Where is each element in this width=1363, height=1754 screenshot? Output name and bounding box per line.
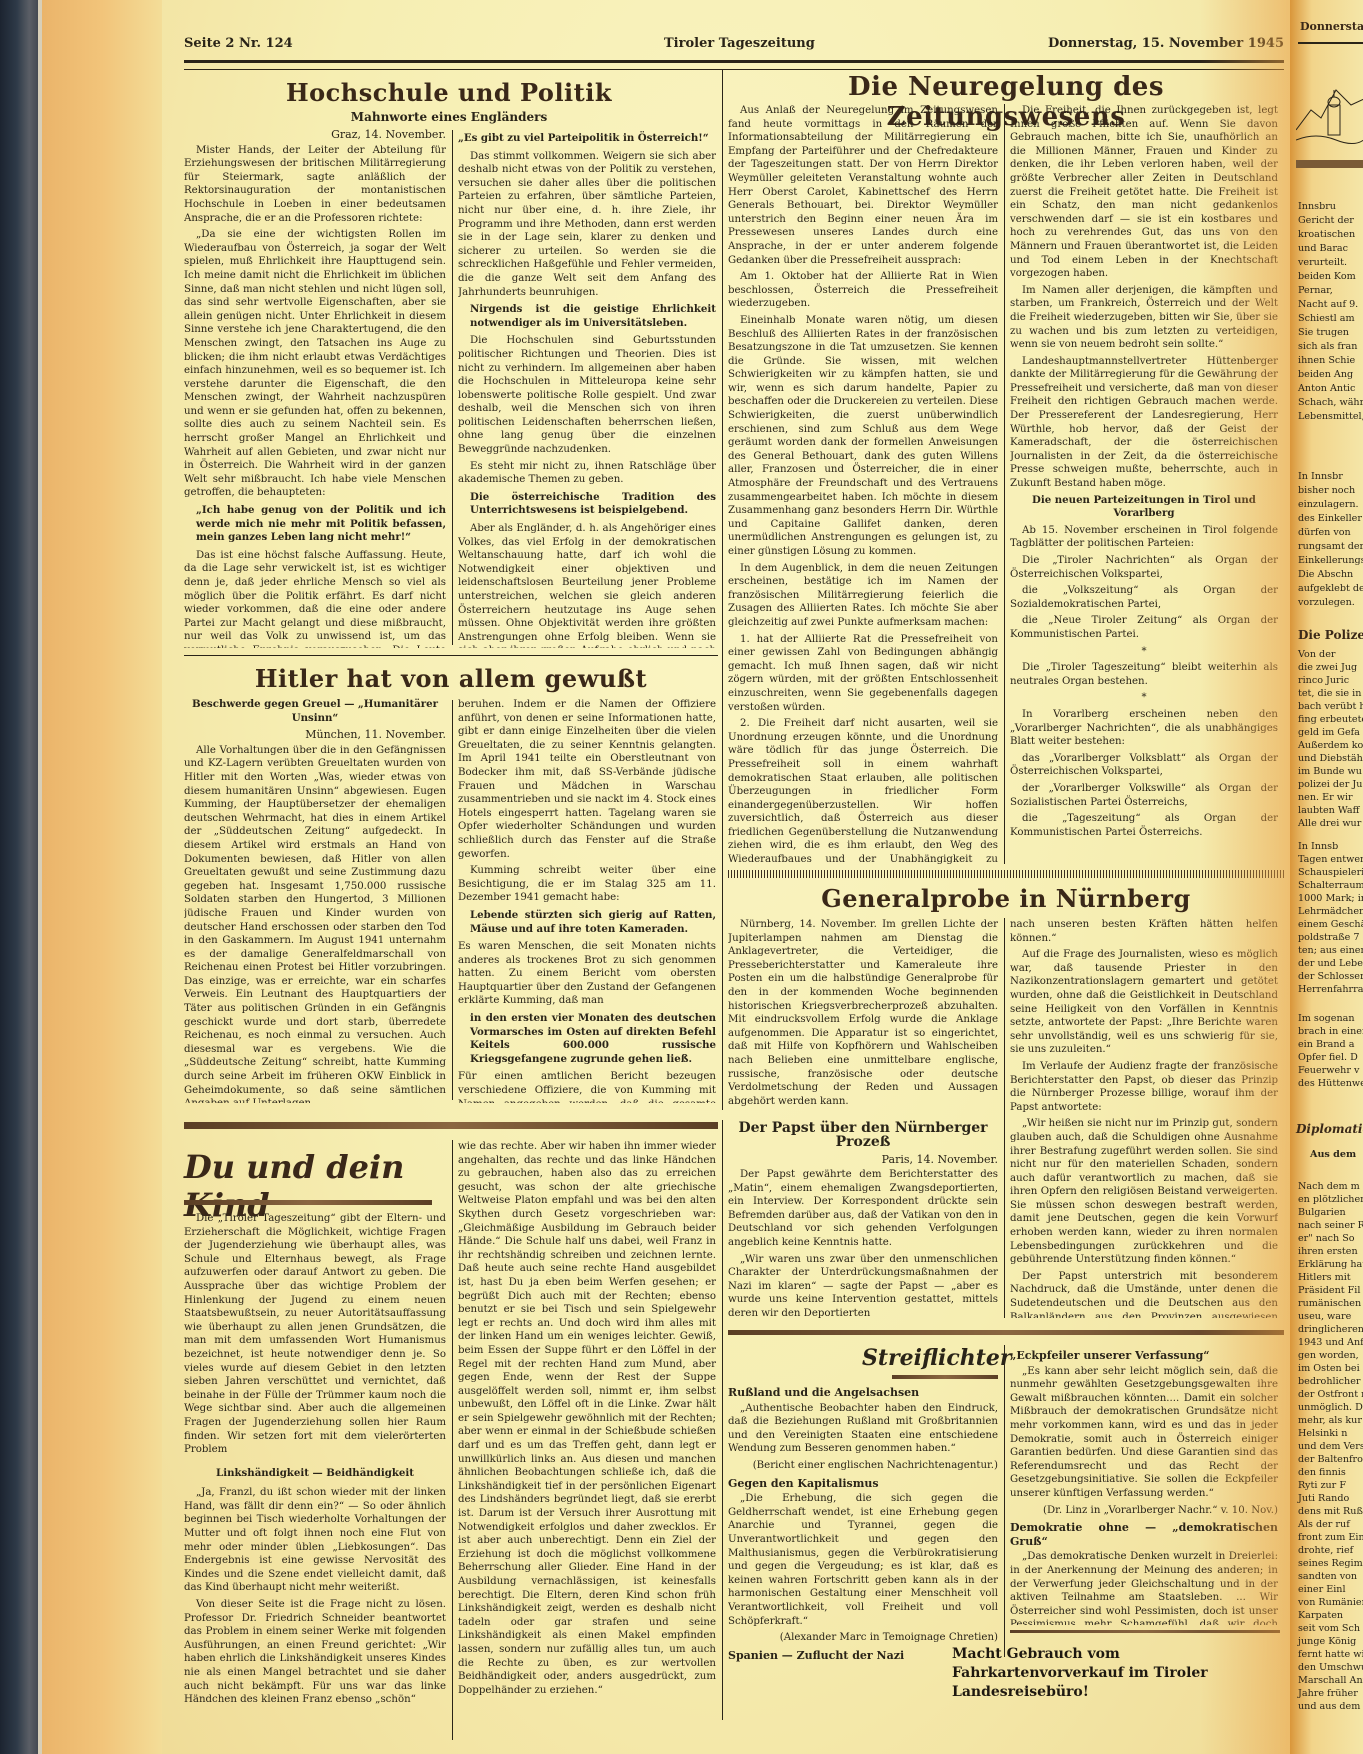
next-page-line: Herrenfahrrad. <box>1298 983 1363 996</box>
next-page-line: dringlicheren <box>1298 1323 1363 1336</box>
next-page-line: useu, ware <box>1298 1310 1351 1323</box>
paragraph: der „Vorarlberger Volkswille“ als Organ … <box>1010 782 1278 809</box>
next-page-line: einer Einl <box>1298 1583 1346 1596</box>
next-page-line: er" nach So <box>1298 1232 1355 1245</box>
paragraph: Der Papst gewährte dem Berichterstatter … <box>728 1168 998 1250</box>
section-rule <box>184 655 718 656</box>
column-rule <box>452 700 453 1100</box>
masthead-rule <box>184 60 1284 70</box>
paragraph: Das stimmt vollkommen. Weigern sie sich … <box>458 150 716 300</box>
next-page-line: Feuerwehr v <box>1298 1064 1359 1077</box>
next-page-line: Tagen entwen <box>1298 853 1363 866</box>
streiflichter-col-1: Rußland und die Angelsachsen „Authentisc… <box>728 1382 998 1662</box>
paragraph: Die „Tiroler Nachrichten“ als Organ der … <box>1010 554 1278 581</box>
next-page-line: fing erbeutete <box>1298 713 1363 726</box>
next-page-line: In Innsbr <box>1298 470 1343 483</box>
decorative-rule <box>728 1330 1284 1335</box>
paragraph: In Vorarlberg erscheinen neben den „Vora… <box>1010 708 1278 749</box>
paragraph: Die „Tiroler Tageszeitung“ gibt der Elte… <box>184 1212 446 1457</box>
next-page-line: fernt hatte wi <box>1298 1648 1363 1661</box>
paragraph: das „Vorarlberger Volksblatt“ als Organ … <box>1010 752 1278 779</box>
next-page-line: Juti Rando <box>1298 1492 1349 1505</box>
next-page-line: Ryti zur F <box>1298 1479 1346 1492</box>
next-page-line: tet, die sie in <box>1298 687 1361 700</box>
next-page-line: kroatischen <box>1298 228 1355 241</box>
item-text: „Es kann aber sehr leicht möglich sein, … <box>1010 1365 1278 1501</box>
next-page-line: sandten von <box>1298 1570 1357 1583</box>
next-page-line: Lebensmittel, <box>1298 410 1363 423</box>
next-page-line: Schach, währ <box>1298 396 1363 409</box>
next-page-line: Als der ruf <box>1298 1518 1350 1531</box>
next-page-line: den finnis <box>1298 1466 1346 1479</box>
paragraph: Kumming schreibt weiter über eine Besich… <box>458 864 716 905</box>
generalprobe-col-2: nach unseren besten Kräften hätten helfe… <box>1010 918 1278 1318</box>
newspaper-page: Seite 2 Nr. 124 Tiroler Tageszeitung Don… <box>162 0 1290 1754</box>
paragraph: „Da sie eine der wichtigsten Rollen im W… <box>184 228 446 500</box>
paragraph: Auf die Frage des Journalisten, wieso es… <box>1010 948 1278 1057</box>
separator-star: * <box>1010 691 1278 705</box>
generalprobe-col-1: Nürnberg, 14. November. Im grellen Licht… <box>728 918 998 1318</box>
column-rule <box>452 1140 453 1740</box>
next-page-line: Karpaten <box>1298 1609 1343 1622</box>
next-page-line: Opfer fiel. D <box>1298 1051 1358 1064</box>
paragraph: Es steht mir nicht zu, ihnen Ratschläge … <box>458 460 716 487</box>
next-page-line: Von der <box>1298 648 1335 661</box>
next-page-line: im Osten bei <box>1298 1362 1360 1375</box>
paragraph: Die Freiheit, die Ihnen zurückgegeben is… <box>1010 104 1278 281</box>
paragraph: In dem Augenblick, in dem die neuen Zeit… <box>728 562 998 630</box>
paragraph: Landeshauptmannstellvertreter Hüttenberg… <box>1010 355 1278 491</box>
headline-hochschule: Hochschule und Politik <box>184 78 714 107</box>
pull-quote: Lebende stürzten sich gierig auf Ratten,… <box>470 909 716 936</box>
paragraph: Das ist eine höchst falsche Auffassung. … <box>184 549 446 648</box>
neuregelung-col-1: Aus Anlaß der Neuregelung im Zeitungswes… <box>728 104 998 866</box>
next-page-heading: Diplomatie <box>1296 1122 1363 1136</box>
paragraph: Aber als Engländer, d. h. als Angehörige… <box>458 522 716 648</box>
next-page-line: der Schlosserg <box>1298 970 1363 983</box>
streiflichter-col-2: „Eckpfeiler unserer Verfassung“ „Es kann… <box>1010 1345 1278 1625</box>
next-page-line: bach verübt h <box>1298 700 1363 713</box>
next-page-line: Schiestl am <box>1298 312 1355 325</box>
hitler-col-1: Beschwerde gegen Greuel — „Humanitärer U… <box>184 698 446 1103</box>
paragraph: die „Neue Tiroler Zeitung“ als Organ der… <box>1010 614 1278 641</box>
page-gutter <box>42 0 162 1754</box>
next-page-line: Marschall Ant <box>1298 1674 1363 1687</box>
pull-quote: „Es gibt zu viel Parteipolitik in Österr… <box>458 132 716 146</box>
paragraph: beruhen. Indem er die Namen der Offizier… <box>458 698 716 861</box>
subhead-hochschule: Mahnworte eines Engländers <box>184 110 714 124</box>
next-page-line: ten; aus einem <box>1298 944 1363 957</box>
next-page-line: 1000 Mark; in <box>1298 892 1363 905</box>
next-page-line: Im sogenan <box>1298 1012 1355 1025</box>
next-page-line: einem Geschäf <box>1298 918 1363 931</box>
next-page-line: Schalterraum <box>1298 879 1363 892</box>
next-page-line: laubten Waff <box>1298 804 1359 817</box>
article-subtitle: Beschwerde gegen Greuel — „Humanitärer U… <box>184 698 446 725</box>
issue-date: Donnerstag, 15. November 1945 <box>1048 36 1284 51</box>
next-page-heading: Die Polize <box>1298 628 1363 642</box>
item-text: „Authentische Beobachter haben den Eindr… <box>728 1402 998 1456</box>
hitler-col-2: beruhen. Indem er die Namen der Offizier… <box>458 698 716 1103</box>
section-rule <box>722 70 723 1110</box>
next-page-line: brach in einer <box>1298 1025 1363 1038</box>
paragraph: die „Tageszeitung“ als Organ der Kommuni… <box>1010 812 1278 839</box>
next-page-line: rinco Juric <box>1298 674 1349 687</box>
item-heading: Gegen den Kapitalismus <box>728 1477 998 1491</box>
paragraph: wie das rechte. Aber wir haben ihn immer… <box>458 1140 716 1697</box>
next-page-line: Nach dem m <box>1298 1180 1360 1193</box>
headline-streiflichter: Streiflichter <box>862 1345 1012 1371</box>
next-page-line: Alle drei wur <box>1298 817 1361 830</box>
pull-quote: Nirgends ist die geistige Ehrlichkeit no… <box>470 303 716 330</box>
next-page-line: im Bunde wu <box>1298 765 1362 778</box>
section-heading: Linkshändigkeit — Beidhändigkeit <box>184 1467 446 1481</box>
next-page-line: mehr, als kur <box>1298 1414 1362 1427</box>
next-page-line: und Diebstähl <box>1298 752 1363 765</box>
next-page-line: Lehrmädchen <box>1298 905 1363 918</box>
paragraph: „Ja, Franzl, du ißt schon wieder mit der… <box>184 1486 446 1595</box>
hochschule-col-1: Graz, 14. November. Mister Hands, der Le… <box>184 128 446 648</box>
next-page-line: beiden Ang <box>1298 368 1353 381</box>
column-rule <box>452 130 453 645</box>
next-page-masthead: Donnerstag, <box>1300 20 1363 33</box>
section-rule <box>722 1120 723 1720</box>
dateline: München, 11. November. <box>184 728 446 742</box>
column-rule <box>1004 104 1005 864</box>
pull-quote: in den ersten vier Monaten des deutschen… <box>470 1012 716 1066</box>
paragraph: die „Volkszeitung“ als Organ der Soziald… <box>1010 584 1278 611</box>
page-number: Seite 2 Nr. 124 <box>184 36 293 51</box>
next-page-line: Gericht der <box>1298 214 1354 227</box>
separator-star: * <box>1010 645 1278 659</box>
item-source: (Dr. Linz in „Vorarlberger Nachr.“ v. 10… <box>1010 1504 1278 1518</box>
next-page-line: Anton Antic <box>1298 382 1355 395</box>
next-page-line: dürfen von <box>1298 526 1351 539</box>
book-binding <box>0 0 42 1754</box>
headline-generalprobe: Generalprobe in Nürnberg <box>728 884 1284 913</box>
next-page-line: die zwei Jug <box>1298 661 1357 674</box>
paragraph: Die Hochschulen sind Geburtsstunden poli… <box>458 334 716 456</box>
column-rule <box>1004 918 1005 1318</box>
next-page-line: sich als fran <box>1298 340 1357 353</box>
dateline: Graz, 14. November. <box>184 128 446 142</box>
paper-name: Tiroler Tageszeitung <box>664 36 815 51</box>
paragraph: 1. hat der Alliierte Rat die Pressefreih… <box>728 633 998 715</box>
next-page-line: gen worden, <box>1298 1349 1359 1362</box>
neuregelung-col-2: Die Freiheit, die Ihnen zurückgegeben is… <box>1010 104 1278 866</box>
paragraph: nach unseren besten Kräften hätten helfe… <box>1010 918 1278 945</box>
decorative-rule <box>1296 160 1363 168</box>
decorative-rule <box>184 1122 718 1129</box>
decorative-rule <box>184 1200 432 1205</box>
paragraph: Es waren Menschen, die seit Monaten nich… <box>458 940 716 1008</box>
column-rule <box>1004 1345 1005 1657</box>
church-illustration-icon <box>1296 60 1363 150</box>
next-page-line: bisher noch <box>1298 484 1355 497</box>
next-page-line: Einkellerungs <box>1298 554 1363 567</box>
paragraph: Für einen amtlichen Bericht bezeugen ver… <box>458 1070 716 1103</box>
next-page-line: bedrohlicher w <box>1298 1375 1363 1388</box>
next-page-line: rungsamt der <box>1298 540 1363 553</box>
item-source: (Alexander Marc in Temoignage Chretien) <box>728 1631 998 1645</box>
next-page-line: ihnen Schie <box>1298 354 1355 367</box>
paragraph: „Wir waren uns zwar über den unmenschlic… <box>728 1253 998 1318</box>
paragraph: Mister Hands, der Leiter der Abteilung f… <box>184 144 446 226</box>
next-page-line: nach seiner Rü <box>1298 1219 1363 1232</box>
next-page-line: geld im Gefa <box>1298 726 1360 739</box>
dateline: Paris, 14. November. <box>728 1153 998 1167</box>
next-page-line: Präsident Fil <box>1298 1284 1360 1297</box>
next-page-line: einzulagern. <box>1298 498 1359 511</box>
paragraph: Ab 15. November erscheinen in Tirol folg… <box>1010 524 1278 551</box>
next-page-line: ihren ersten <box>1298 1245 1358 1258</box>
next-page-edge: Donnerstag, InnsbruGericht derkroatische… <box>1290 0 1363 1754</box>
next-page-line: von Rumänien <box>1298 1596 1363 1609</box>
next-page-line: polizei der Ju <box>1298 778 1362 791</box>
item-heading: Demokratie ohne — „demokratischen Gruß“ <box>1010 1521 1278 1548</box>
item-text: „Die Erhebung, die sich gegen die Geldhe… <box>728 1492 998 1628</box>
next-page-line: und Barac <box>1298 242 1348 255</box>
next-page-line: der Ostfront m <box>1298 1388 1363 1401</box>
next-page-line: rumänischen S <box>1298 1297 1363 1310</box>
paragraph: Im Verlaufe der Audienz fragte der franz… <box>1010 1060 1278 1114</box>
next-page-line: verurteilt. <box>1298 256 1347 269</box>
next-page-line: dens mit Rußl <box>1298 1505 1363 1518</box>
decorative-rule <box>1010 1630 1280 1633</box>
next-page-line: beiden Kom <box>1298 270 1356 283</box>
next-page-line: des Einkeller <box>1298 512 1362 525</box>
next-page-line: der Baltenfront <box>1298 1453 1363 1466</box>
next-page-line: In Innsb <box>1298 840 1338 853</box>
next-page-line: Hitlers mit <box>1298 1271 1351 1284</box>
next-page-line: aufgeklebt de <box>1298 582 1363 595</box>
paragraph: Nürnberg, 14. November. Im grellen Licht… <box>728 918 998 1108</box>
masthead: Seite 2 Nr. 124 Tiroler Tageszeitung Don… <box>184 28 1284 58</box>
next-page-subheading: Aus dem <box>1310 1148 1356 1161</box>
paragraph: Am 1. Oktober hat der Alliierte Rat in W… <box>728 270 998 311</box>
paragraph: Eineinhalb Monate waren nötig, um diesen… <box>728 314 998 559</box>
next-page-line: vorzulegen. <box>1298 596 1355 609</box>
article-subheadline: Der Papst über den Nürnberger Prozeß <box>728 1122 998 1149</box>
paragraph: Im Namen aller derjenigen, die kämpften … <box>1010 284 1278 352</box>
paragraph: Von dieser Seite ist die Frage nicht zu … <box>184 1598 446 1707</box>
next-page-line: und aus dem <box>1298 1700 1360 1713</box>
paragraph: 2. Die Freiheit darf nicht ausarten, wei… <box>728 717 998 866</box>
next-page-line: Sie trugen <box>1298 326 1349 339</box>
decorative-rule <box>892 1375 998 1379</box>
next-page-line: Erklärung hat <box>1298 1258 1363 1271</box>
next-page-line: des Hüttenwe <box>1298 1077 1363 1090</box>
paragraph: Aus Anlaß der Neuregelung im Zeitungswes… <box>728 104 998 267</box>
advertisement: Macht Gebrauch vom Fahrkartenvorverkauf … <box>952 1645 1282 1702</box>
kind-col-2: wie das rechte. Aber wir haben ihn immer… <box>458 1140 716 1752</box>
next-page-line: en plötzlichen <box>1298 1193 1363 1206</box>
hochschule-col-2: „Es gibt zu viel Parteipolitik in Österr… <box>458 128 716 648</box>
item-source: (Bericht einer englischen Nachrichtenage… <box>728 1459 998 1473</box>
paragraph: Der Papst unterstrich mit besonderem Nac… <box>1010 1270 1278 1318</box>
next-page-line: Außerdem kon <box>1298 739 1363 752</box>
next-page-line: drohte, rief <box>1298 1544 1353 1557</box>
next-page-line: poldstraße 7 <box>1298 931 1359 944</box>
pull-quote: „Ich habe genug von der Politik und ich … <box>196 504 446 545</box>
paragraph: Die „Tiroler Tageszeitung“ bleibt weiter… <box>1010 661 1278 688</box>
headline-kind: Du und dein Kind <box>184 1148 414 1198</box>
next-page-line: ein Brand a <box>1298 1038 1354 1051</box>
kind-col-1: Die „Tiroler Tageszeitung“ gibt der Elte… <box>184 1212 446 1752</box>
next-page-line: Nacht auf 9. <box>1298 298 1358 311</box>
headline-hitler: Hitler hat von allem gewußt <box>184 664 718 693</box>
hatched-rule <box>728 870 1284 878</box>
item-heading: „Eckpfeiler unserer Verfassung“ <box>1010 1349 1278 1363</box>
paragraph: Alle Vorhaltungen über die in den Gefäng… <box>184 744 446 1103</box>
next-page-line: Pernar, <box>1298 284 1333 297</box>
next-page-line: Bulgarien <box>1298 1206 1346 1219</box>
pull-quote: Die österreichische Tradition des Unterr… <box>470 491 716 518</box>
next-page-line: front zum Ein <box>1298 1531 1363 1544</box>
next-page-line: nen. Er wir <box>1298 791 1353 804</box>
next-page-line: unmöglich. Die <box>1298 1401 1363 1414</box>
next-page-line: seit vom Sch <box>1298 1622 1360 1635</box>
next-page-line: Schauspielerin <box>1298 866 1363 879</box>
next-page-line: Jahre früher <box>1298 1687 1358 1700</box>
next-page-line: den Umschwung <box>1298 1661 1363 1674</box>
section-heading: Die neuen Parteizeitungen in Tirol und V… <box>1010 494 1278 521</box>
next-page-rule <box>1298 42 1363 47</box>
next-page-line: der und Lebe <box>1298 957 1363 970</box>
next-page-line: Innsbru <box>1298 200 1336 213</box>
next-page-line: Helsinki n <box>1298 1427 1347 1440</box>
next-page-line: 1943 und Anf <box>1298 1336 1363 1349</box>
paragraph: „Wir heißen sie nicht nur im Prinzip gut… <box>1010 1117 1278 1267</box>
item-text: „Das demokratische Denken wurzelt in Dre… <box>1010 1550 1278 1625</box>
next-page-line: Die Abschn <box>1298 568 1353 581</box>
next-page-line: junge König <box>1298 1635 1356 1648</box>
next-page-line: und dem Versi <box>1298 1440 1363 1453</box>
next-page-line: seines Regimes <box>1298 1557 1363 1570</box>
item-heading: Rußland und die Angelsachsen <box>728 1386 998 1400</box>
